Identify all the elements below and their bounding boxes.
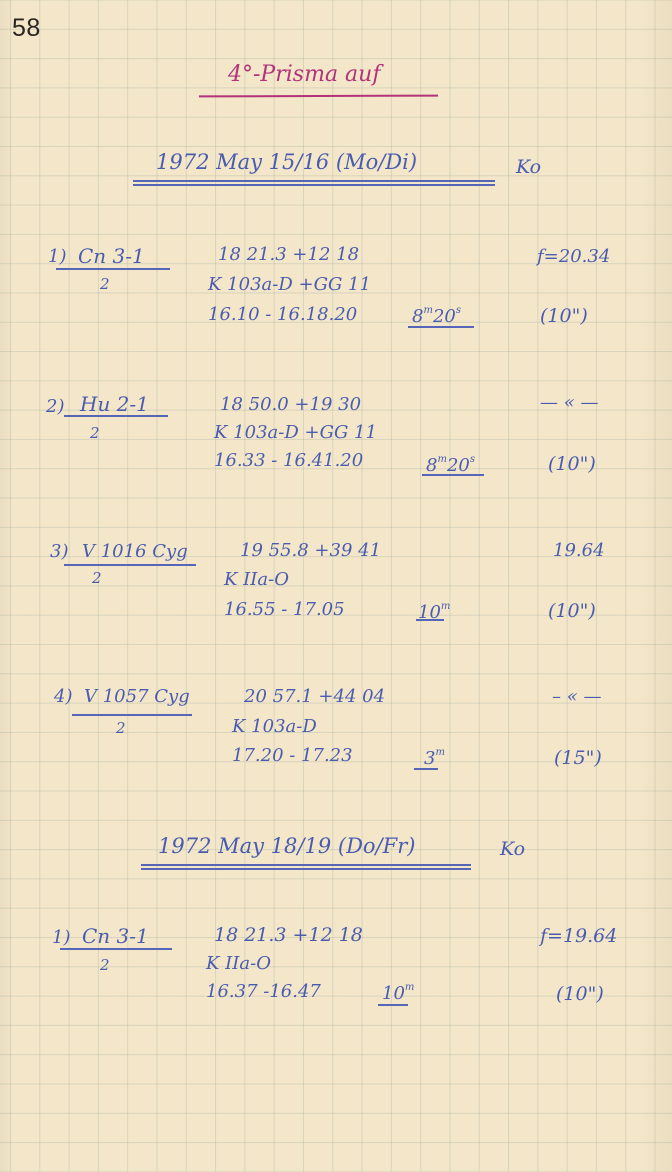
obs-emulsion: K IIa-O (224, 571, 289, 589)
page-number: 58 (12, 14, 41, 43)
obs-coords: 18 21.3 +12 18 (218, 246, 359, 264)
obs-coords: 20 57.1 +44 04 (244, 688, 385, 706)
obs-index: 4) (54, 688, 72, 706)
obs-emulsion: K 103a-D (232, 718, 317, 736)
obs-exposure: 3m (424, 748, 445, 768)
obs-coords: 19 55.8 +39 41 (240, 542, 381, 560)
obs-emulsion: K 103a-D +GG 11 (214, 424, 377, 442)
obs-index: 3) (50, 543, 68, 561)
obs-time-range: 16.37 -16.47 (206, 983, 321, 1001)
obs-object: V 1016 Cyg (82, 543, 188, 561)
night-date-2: 1972 May 18/19 (Do/Fr) (158, 836, 415, 857)
exposure-underline (414, 768, 438, 770)
obs-plate-count: 2 (100, 277, 110, 292)
obs-plate-count: 2 (116, 721, 126, 736)
obs-widening: (10") (548, 455, 596, 474)
exposure-underline (422, 474, 484, 476)
page-title: 4°-Prisma auf (228, 64, 380, 86)
obs-index: 2) (46, 398, 64, 416)
date-underline-2 (141, 864, 471, 866)
obs-plate-count: 2 (100, 958, 110, 973)
obs-time-range: 16.10 - 16.18.20 (208, 306, 357, 324)
object-underline (64, 415, 168, 417)
obs-emulsion: K IIa-O (206, 955, 271, 973)
obs-index: 1) (48, 248, 66, 266)
obs-focus: — « — (540, 394, 598, 412)
night-date-1: 1972 May 15/16 (Mo/Di) (156, 152, 417, 173)
obs-time-range: 16.33 - 16.41.20 (214, 452, 363, 470)
obs-index: 1) (52, 929, 70, 947)
obs-object: Hu 2-1 (80, 394, 149, 414)
object-underline (56, 268, 170, 270)
obs-widening: (10") (540, 307, 588, 326)
obs-exposure: 8m20s (412, 306, 461, 326)
object-underline (60, 948, 172, 950)
observer-2: Ko (500, 840, 525, 859)
exposure-underline (416, 619, 444, 621)
obs-focus: f=19.64 (540, 927, 617, 946)
observer-1: Ko (516, 158, 541, 177)
obs-emulsion: K 103a-D +GG 11 (208, 276, 371, 294)
obs-exposure: 8m20s (426, 455, 475, 475)
obs-object: Cn 3-1 (82, 926, 149, 946)
title-underline (199, 95, 438, 98)
obs-widening: (15") (554, 749, 602, 768)
obs-widening: (10") (556, 985, 604, 1004)
obs-focus: – « — (552, 688, 601, 706)
obs-exposure: 10m (382, 983, 414, 1003)
obs-time-range: 17.20 - 17.23 (232, 747, 353, 765)
object-underline (72, 714, 192, 716)
obs-time-range: 16.55 - 17.05 (224, 601, 345, 619)
exposure-underline (378, 1004, 408, 1006)
obs-widening: (10") (548, 602, 596, 621)
date-underline-1 (133, 180, 495, 182)
obs-object: V 1057 Cyg (84, 688, 190, 706)
obs-plate-count: 2 (92, 571, 102, 586)
obs-focus: f=20.34 (537, 248, 610, 266)
obs-object: Cn 3-1 (78, 246, 145, 266)
exposure-underline (408, 326, 474, 328)
obs-coords: 18 50.0 +19 30 (220, 396, 361, 414)
obs-coords: 18 21.3 +12 18 (214, 926, 363, 945)
obs-focus: 19.64 (553, 542, 605, 560)
obs-plate-count: 2 (90, 426, 100, 441)
object-underline (64, 564, 196, 566)
